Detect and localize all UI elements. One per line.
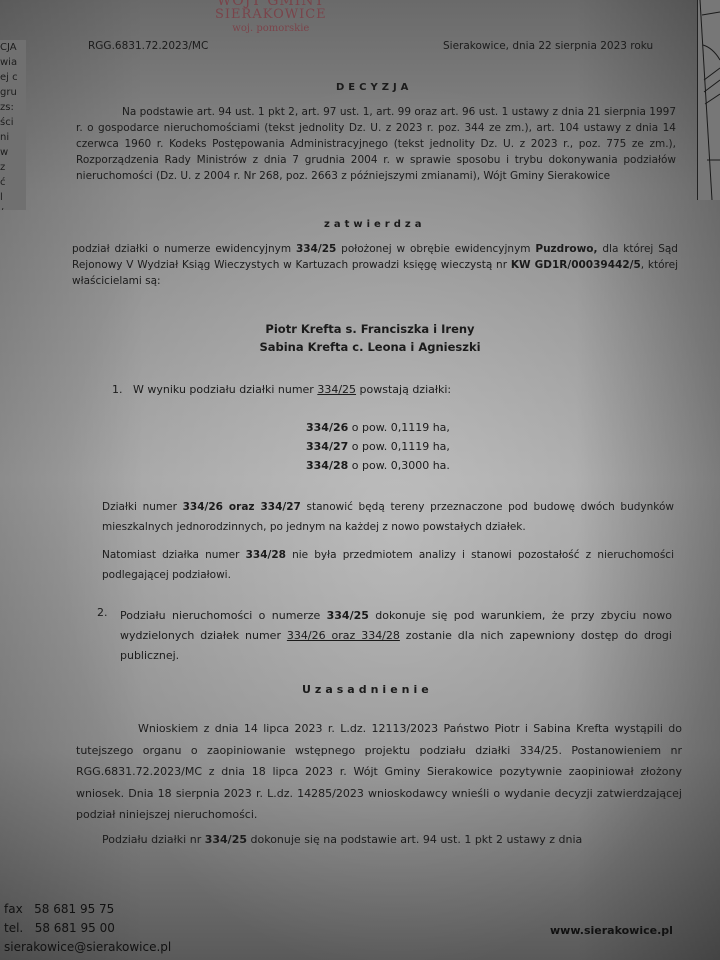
plot-id: 334/28	[306, 459, 348, 472]
owner-1: Piotr Krefta s. Franciszka i Ireny	[220, 320, 520, 338]
plots-purpose-paragraph: Działki numer 334/26 oraz 334/27 stanowi…	[102, 497, 674, 537]
resulting-plots-list: 334/26 o pow. 0,1119 ha,334/27 o pow. 0,…	[306, 418, 506, 475]
letterhead-logo: WÓJT GMINY SIERAKOWICE woj. pomorskie	[215, 0, 327, 36]
justification-paragraph-2: Podziału działki nr 334/25 dokonuje się …	[80, 832, 682, 848]
underlying-map-fragment	[697, 0, 720, 200]
fragment-text: zs:	[0, 100, 26, 115]
map-lines-icon	[698, 0, 720, 200]
fragment-text: ni	[0, 130, 26, 145]
place-date: Sierakowice, dnia 22 sierpnia 2023 roku	[443, 40, 653, 52]
document-title: DECYZJA	[336, 82, 412, 93]
email-link[interactable]: sierakowice@sierakowice.pl	[4, 938, 171, 957]
reference-number: RGG.6831.72.2023/MC	[88, 40, 208, 52]
owners-list: Piotr Krefta s. Franciszka i Ireny Sabin…	[220, 320, 520, 356]
plot-area: o pow. 0,1119 ha,	[348, 440, 450, 453]
point-2-paragraph: Podziału nieruchomości o numerze 334/25 …	[120, 606, 672, 666]
footer-contacts: fax 58 681 95 75 tel. 58 681 95 00 siera…	[4, 900, 171, 957]
letterhead-line3: woj. pomorskie	[215, 22, 327, 36]
owner-2: Sabina Krefta c. Leona i Agnieszki	[220, 338, 520, 356]
letterhead-line2: SIERAKOWICE	[215, 8, 327, 22]
plot-row: 334/27 o pow. 0,1119 ha,	[306, 437, 506, 456]
fax-number: 58 681 95 75	[34, 902, 114, 916]
legal-basis-paragraph: Na podstawie art. 94 ust. 1 pkt 2, art. …	[76, 104, 676, 184]
justification-heading: Uzasadnienie	[302, 683, 433, 696]
plot-area: o pow. 0,1119 ha,	[348, 421, 450, 434]
plot-area: o pow. 0,3000 ha.	[348, 459, 450, 472]
point-2-number: 2.	[97, 606, 108, 619]
approves-heading: zatwierdza	[324, 219, 425, 230]
plot-id: 334/27	[306, 440, 348, 453]
fragment-text: l	[0, 190, 26, 205]
fragment-text: ej c	[0, 70, 26, 85]
fragment-text: CJA	[0, 40, 26, 55]
fragment-text: gru	[0, 85, 26, 100]
precinct-name: Puzdrowo,	[535, 243, 597, 255]
fragment-text: wia	[0, 55, 26, 70]
website-link[interactable]: www.sierakowice.pl	[550, 921, 673, 940]
plot-id: 334/26	[306, 421, 348, 434]
plot-row: 334/28 o pow. 0,3000 ha.	[306, 456, 506, 475]
justification-paragraph-1: Wnioskiem z dnia 14 lipca 2023 r. L.dz. …	[76, 718, 682, 826]
subject-paragraph: podział działki o numerze ewidencyjnym 3…	[72, 241, 678, 289]
remaining-plot-paragraph: Natomiast działka numer 334/28 nie była …	[102, 545, 674, 585]
plot-row: 334/26 o pow. 0,1119 ha,	[306, 418, 506, 437]
fragment-text: /	[0, 205, 26, 210]
fragment-text: ć	[0, 175, 26, 190]
plot-number: 334/25	[296, 243, 336, 255]
underlying-page-fragment: CJAwiaej cgruzs:ściniwzćl/	[0, 40, 26, 210]
fragment-text: z	[0, 160, 26, 175]
fragment-text: ści	[0, 115, 26, 130]
fragment-text: w	[0, 145, 26, 160]
phone-number: 58 681 95 00	[35, 921, 115, 935]
point-1-intro: 1. W wyniku podziału działki numer 334/2…	[112, 382, 672, 398]
land-register-number: KW GD1R/00039442/5	[511, 259, 641, 271]
